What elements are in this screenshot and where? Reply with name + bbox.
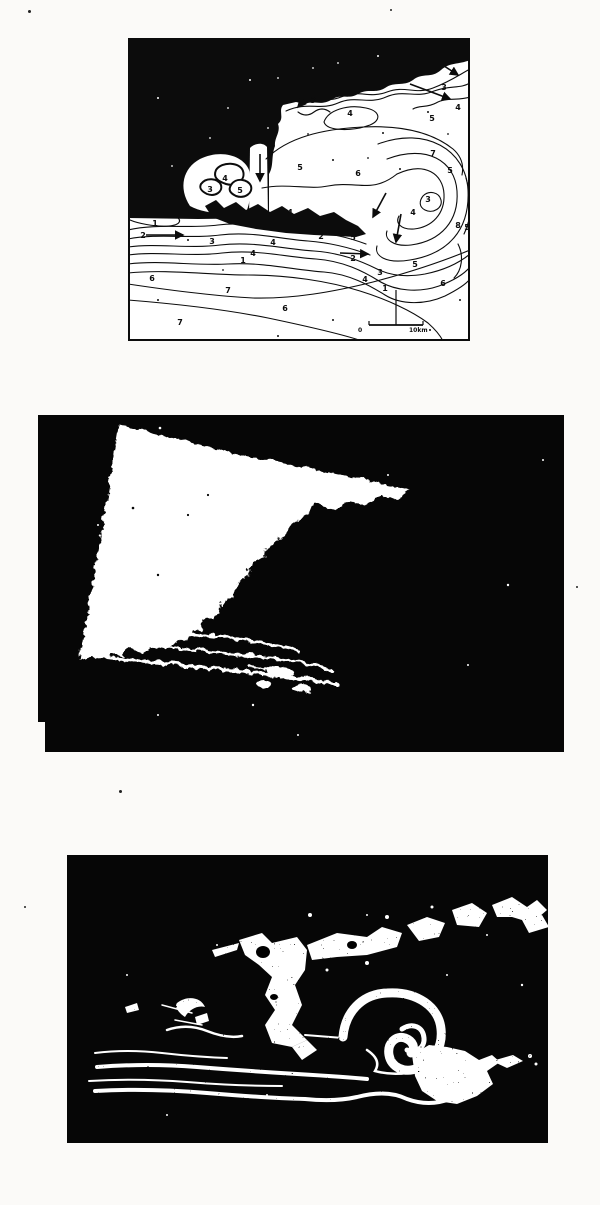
flow-arrow [340, 253, 368, 254]
satellite-image-1-drawing [38, 415, 564, 752]
scanned-figure-page: 34345754356534412344152285345661767 0 10… [0, 0, 600, 1205]
satellite-image-figure-1 [38, 415, 564, 752]
scan-speck [28, 10, 31, 13]
satellite-image-figure-2 [67, 855, 548, 1143]
scan-speck [24, 906, 26, 908]
scale-zero-label: 0 [358, 327, 362, 334]
scan-speck [390, 9, 392, 11]
contour-map-figure: 34345754356534412344152285345661767 0 10… [128, 38, 470, 341]
scan-speck [576, 586, 578, 588]
scan-speck [119, 790, 122, 793]
satellite-image-2-drawing [67, 855, 548, 1143]
contour-map-drawing [128, 38, 470, 341]
scale-distance-label: 10km [409, 327, 428, 334]
frame-notch [38, 722, 45, 752]
